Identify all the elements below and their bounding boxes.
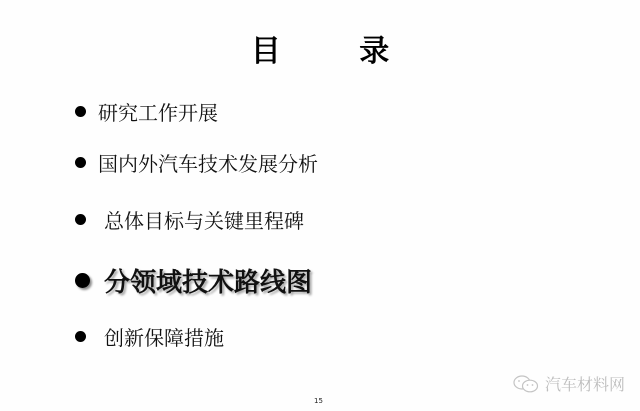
wechat-icon bbox=[513, 375, 539, 393]
watermark: 汽车材料网 bbox=[513, 372, 625, 395]
watermark-text: 汽车材料网 bbox=[545, 372, 625, 395]
toc-item-label: 研究工作开展 bbox=[98, 97, 218, 126]
toc-item-label: 分领域技术路线图 bbox=[104, 262, 312, 299]
toc-item-research-work: 研究工作开展 bbox=[75, 97, 218, 126]
bullet-icon bbox=[75, 157, 86, 168]
slide: 目 录 研究工作开展 国内外汽车技术发展分析 总体目标与关键里程碑 分领域技术路… bbox=[0, 0, 640, 411]
bullet-icon bbox=[75, 214, 86, 225]
toc-item-tech-analysis: 国内外汽车技术发展分析 bbox=[75, 148, 318, 177]
page-number: 15 bbox=[314, 397, 323, 405]
bullet-icon bbox=[75, 106, 86, 117]
toc-item-innovation-measures: 创新保障措施 bbox=[75, 322, 224, 351]
toc-item-label: 总体目标与关键里程碑 bbox=[104, 205, 304, 234]
slide-title: 目 录 bbox=[0, 26, 640, 70]
toc-item-label: 国内外汽车技术发展分析 bbox=[98, 148, 318, 177]
bullet-icon bbox=[75, 331, 86, 342]
toc-item-label: 创新保障措施 bbox=[104, 322, 224, 351]
toc-item-goals-milestones: 总体目标与关键里程碑 bbox=[75, 205, 304, 234]
toc-item-roadmap-current: 分领域技术路线图 bbox=[75, 262, 312, 299]
bullet-icon bbox=[75, 273, 90, 288]
